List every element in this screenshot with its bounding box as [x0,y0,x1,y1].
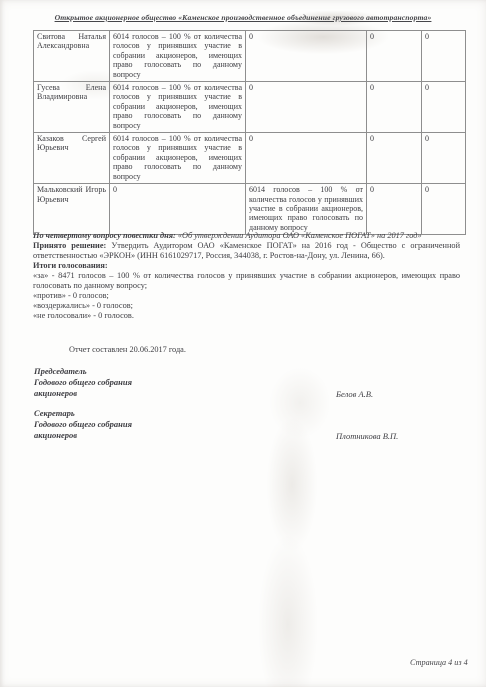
vote-result-line: «против» - 0 голосов; [33,291,460,301]
role-line: акционеров [34,388,132,399]
table-row: Свитова Наталья Александровна 6014 голос… [34,31,466,82]
votes-for-cell: 6014 голосов – 100 % от количества голос… [110,133,246,184]
candidate-name-cell: Казаков Сергей Юрьевич [34,133,110,184]
table-row: Казаков Сергей Юрьевич 6014 голосов – 10… [34,133,466,184]
votes-cell: 0 [422,184,466,235]
role-line: Годового общего собрания [34,419,132,430]
role-line: Председатель [34,366,132,377]
vote-result-line: «воздержались» - 0 голосов; [33,301,460,311]
document-header-title: Открытое акционерное общество «Каменское… [0,13,486,22]
votes-cell: 0 [367,184,422,235]
role-line: Годового общего собрания [34,377,132,388]
results-label: Итоги голосования: [33,261,460,271]
votes-cell: 0 [422,31,466,82]
document-page: Открытое акционерное общество «Каменское… [0,0,486,687]
votes-for-cell: 6014 голосов – 100 % от количества голос… [110,82,246,133]
votes-for-cell: 6014 голосов – 100 % от количества голос… [246,184,367,235]
votes-cell: 0 [110,184,246,235]
agenda-question-line: По четвертому вопросу повестки дня: «Об … [33,231,460,241]
secretary-role-label: Секретарь Годового общего собрания акцио… [34,408,132,441]
role-line: акционеров [34,430,132,441]
votes-cell: 0 [422,82,466,133]
vote-result-line: «за» - 8471 голосов – 100 % от количеств… [33,271,460,291]
vote-result-line: «не голосовали» - 0 голосов. [33,311,460,321]
votes-cell: 0 [367,133,422,184]
votes-cell: 0 [246,31,367,82]
chairman-name: Белов А.В. [336,389,373,399]
votes-for-cell: 6014 голосов – 100 % от количества голос… [110,31,246,82]
candidate-name-cell: Мальковский Игорь Юрьевич [34,184,110,235]
page-number: Страница 4 из 4 [410,658,468,667]
role-line: Секретарь [34,408,132,419]
decision-line: Принято решение: Утвердить Аудитором ОАО… [33,241,460,261]
votes-cell: 0 [246,82,367,133]
agenda-item4-block: По четвертому вопросу повестки дня: «Об … [33,231,460,321]
table-row: Мальковский Игорь Юрьевич 0 6014 голосов… [34,184,466,235]
agenda-question-title: «Об утверждении Аудитора ОАО «Каменское … [176,231,422,240]
voting-results-table: Свитова Наталья Александровна 6014 голос… [33,30,466,235]
votes-cell: 0 [422,133,466,184]
decision-label: Принято решение: [33,241,106,250]
report-date-line: Отчет составлен 20.06.2017 года. [69,345,186,354]
candidate-name-cell: Гусева Елена Владимировна [34,82,110,133]
scan-smudge [270,368,330,438]
secretary-name: Плотникова В.П. [336,431,398,441]
scan-smudge [252,415,330,687]
candidate-name-cell: Свитова Наталья Александровна [34,31,110,82]
votes-cell: 0 [367,82,422,133]
votes-cell: 0 [367,31,422,82]
chairman-role-label: Председатель Годового общего собрания ак… [34,366,132,399]
agenda-question-label: По четвертому вопросу повестки дня: [33,231,176,240]
table-row: Гусева Елена Владимировна 6014 голосов –… [34,82,466,133]
votes-cell: 0 [246,133,367,184]
